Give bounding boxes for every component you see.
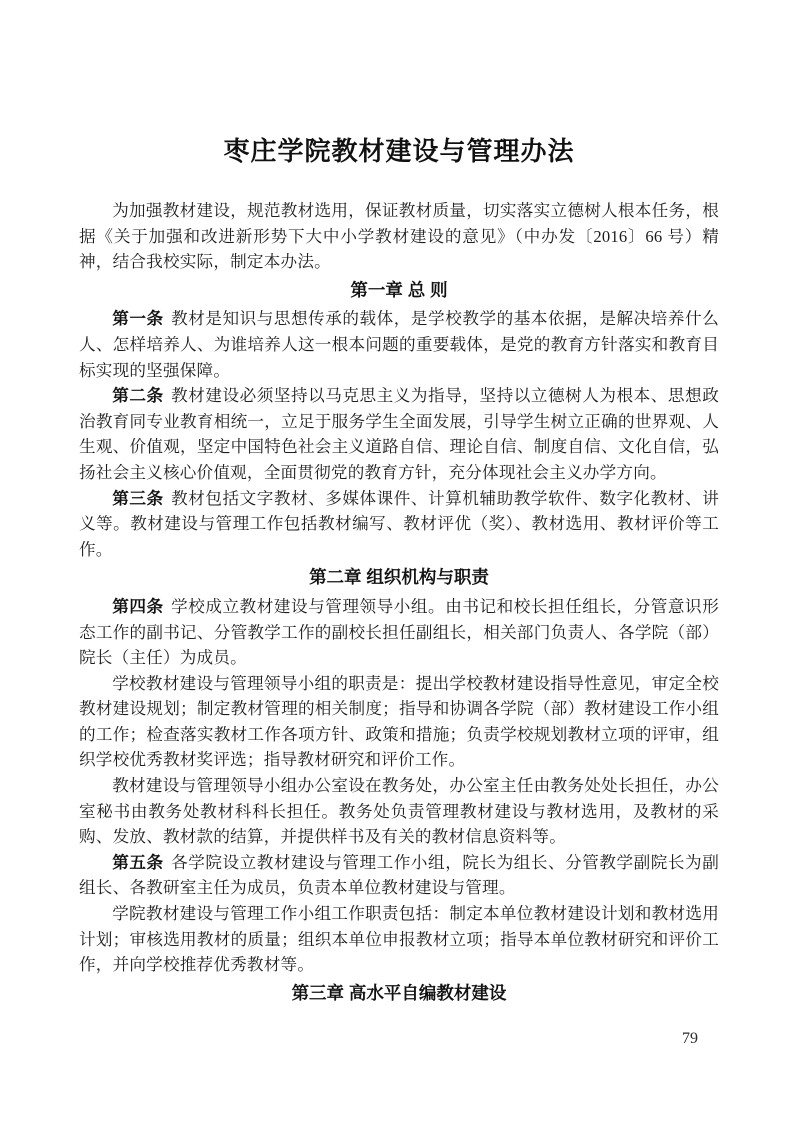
article-text-4: 学校成立教材建设与管理领导小组。由书记和校长担任组长，分管意识形态工作的副书记、… [79, 597, 719, 667]
article-paragraph-4: 第四条学校成立教材建设与管理领导小组。由书记和校长担任组长，分管意识形态工作的副… [79, 594, 719, 671]
article-number-3: 第三条 [112, 489, 163, 508]
article-paragraph-3: 第三条教材包括文字教材、多媒体课件、计算机辅助教学软件、数字化教材、讲义等。教材… [79, 486, 719, 563]
chapter-heading-1: 第一章 总 则 [79, 278, 719, 304]
article-text-1: 教材是知识与思想传承的载体，是学校教学的基本依据，是解决培养什么人、怎样培养人、… [79, 309, 719, 379]
article-text-5: 各学院设立教材建设与管理工作小组，院长为组长、分管教学副院长为副组长、各教研室主… [79, 853, 719, 898]
body-paragraph-duties: 学校教材建设与管理领导小组的职责是：提出学校教材建设指导性意见，审定全校教材建设… [79, 671, 719, 773]
article-paragraph-5: 第五条各学院设立教材建设与管理工作小组，院长为组长、分管教学副院长为副组长、各教… [79, 850, 719, 901]
document-content: 枣庄学院教材建设与管理办法 为加强教材建设，规范教材选用，保证教材质量，切实落实… [79, 136, 719, 1009]
article-number-4: 第四条 [112, 597, 163, 616]
body-paragraph-office: 教材建设与管理领导小组办公室设在教务处，办公室主任由教务处处长担任，办公室秘书由… [79, 773, 719, 850]
document-page: 枣庄学院教材建设与管理办法 为加强教材建设，规范教材选用，保证教材质量，切实落实… [0, 0, 795, 1124]
chapter-heading-2: 第二章 组织机构与职责 [79, 565, 719, 591]
article-paragraph-2: 第二条教材建设必须坚持以马克思主义为指导，坚持以立德树人为根本、思想政治教育同专… [79, 383, 719, 485]
intro-paragraph: 为加强教材建设，规范教材选用，保证教材质量，切实落实立德树人根本任务，根据《关于… [79, 198, 719, 275]
article-number-5: 第五条 [112, 853, 163, 872]
article-text-3: 教材包括文字教材、多媒体课件、计算机辅助教学软件、数字化教材、讲义等。教材建设与… [79, 489, 719, 559]
article-number-1: 第一条 [112, 309, 163, 328]
body-paragraph-college-duties: 学院教材建设与管理工作小组工作职责包括：制定本单位教材建设计划和教材选用计划；审… [79, 901, 719, 978]
document-title: 枣庄学院教材建设与管理办法 [79, 136, 719, 168]
article-number-2: 第二条 [112, 386, 163, 405]
page-number: 79 [668, 1029, 712, 1049]
article-text-2: 教材建设必须坚持以马克思主义为指导，坚持以立德树人为根本、思想政治教育同专业教育… [79, 386, 719, 482]
article-paragraph-1: 第一条教材是知识与思想传承的载体，是学校教学的基本依据，是解决培养什么人、怎样培… [79, 306, 719, 383]
chapter-heading-3: 第三章 高水平自编教材建设 [79, 981, 719, 1007]
